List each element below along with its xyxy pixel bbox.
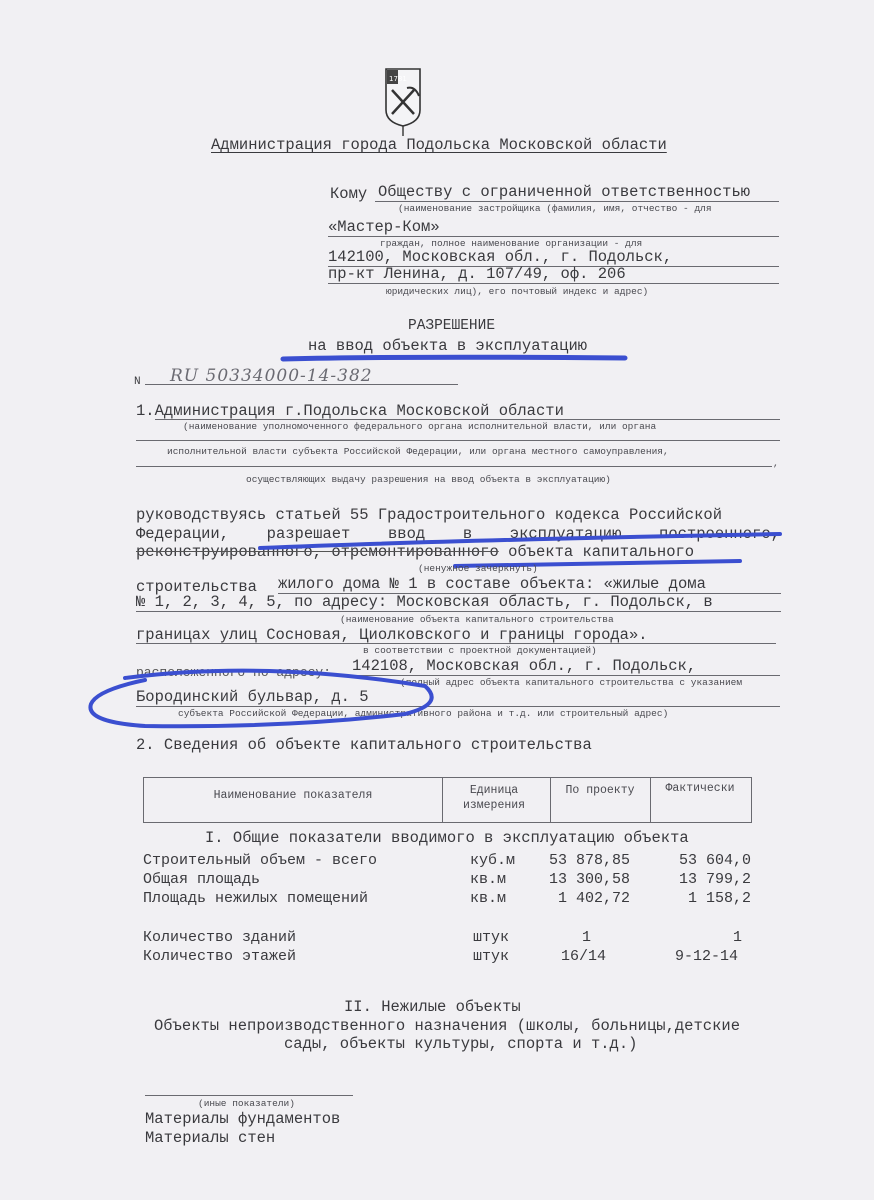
section1-para-line2: Федерации, разрешает ввод в эксплуатацию… (136, 525, 780, 543)
section1-caption2: исполнительной власти субъекта Российско… (167, 446, 669, 457)
row-unit: штук (473, 948, 509, 965)
address-caption1: (полный адрес объекта капитального строи… (400, 677, 742, 688)
table-row: Строительный объем - всего куб.м 53 878,… (143, 852, 763, 872)
row-name: Количество этажей (143, 948, 296, 965)
row-project: 16/14 (561, 948, 606, 965)
object-line1: жилого дома № 1 в составе объекта: «жилы… (278, 575, 706, 593)
permit-number-handwritten: RU 50334000-14-382 (170, 366, 373, 386)
row-unit: кв.м (470, 871, 506, 888)
other-indicators-caption: (иные показатели) (198, 1098, 295, 1109)
coat-of-arms-icon: 1781 (383, 66, 423, 138)
word: Федерации, (136, 525, 229, 543)
comma: , (773, 458, 779, 469)
row-unit: куб.м (470, 852, 515, 869)
row-actual: 9-12-14 (675, 948, 738, 965)
section1-caption1: (наименование уполномоченного федерально… (183, 421, 656, 432)
th-actual: Фактически (650, 781, 750, 796)
row-unit: штук (473, 929, 509, 946)
group2-sub2: сады, объекты культуры, спорта и т.д.) (284, 1035, 637, 1053)
row-name: Строительный объем - всего (143, 852, 377, 869)
row-project: 13 300,58 (549, 871, 630, 888)
addressee-line4: пр-кт Ленина, д. 107/49, оф. 206 (328, 265, 626, 283)
address-prefix: расположенного по адресу: (136, 665, 331, 680)
addressee-caption3: юридических лиц), его почтовый индекс и … (386, 286, 648, 297)
caption-strike: (ненужное зачеркнуть) (418, 563, 538, 574)
addressee-caption1: (наименование застройщика (фамилия, имя,… (398, 203, 712, 214)
table-row: Общая площадь кв.м 13 300,58 13 799,2 (143, 871, 763, 891)
section1-para-line1: руководствуясь статьей 55 Градостроитель… (136, 506, 722, 524)
section1-para-line3: реконструированного, отремонтированного … (136, 543, 694, 561)
object-line2: № 1, 2, 3, 4, 5, по адресу: Московская о… (136, 593, 713, 611)
materials-foundation: Материалы фундаментов (145, 1110, 340, 1128)
object-caption2: в соответствии с проектной документацией… (363, 645, 597, 656)
group1-title: I. Общие показатели вводимого в эксплуат… (205, 829, 689, 847)
table-row: Количество зданий штук 1 1 (143, 929, 763, 949)
row-project: 53 878,85 (549, 852, 630, 869)
object-line3: границах улиц Сосновая, Циолковского и г… (136, 626, 648, 644)
group2-sub1: Объекты непроизводственного назначения (… (154, 1017, 740, 1035)
row-unit: кв.м (470, 890, 506, 907)
permit-subtitle: на ввод объекта в эксплуатацию (308, 337, 587, 355)
row-actual: 1 (733, 929, 742, 946)
addressee-line2: «Мастер-Ком» (328, 218, 440, 236)
row-actual: 1 158,2 (688, 890, 751, 907)
word: эксплуатацию (510, 525, 622, 543)
table-row: Количество этажей штук 16/14 9-12-14 (143, 948, 763, 968)
th-project: По проекту (550, 783, 650, 798)
object-caption1: (наименование объекта капитального строи… (340, 614, 614, 625)
word: разрешает (267, 525, 351, 543)
row-name: Общая площадь (143, 871, 260, 888)
row-actual: 53 604,0 (679, 852, 751, 869)
section1-caption3: осуществляющих выдачу разрешения на ввод… (246, 474, 611, 485)
table-row: Площадь нежилых помещений кв.м 1 402,72 … (143, 890, 763, 910)
address-line2: Бородинский бульвар, д. 5 (136, 688, 369, 706)
permit-title: РАЗРЕШЕНИЕ (408, 318, 495, 334)
svg-text:1781: 1781 (389, 75, 407, 83)
word: в (463, 525, 472, 543)
addressee-label: Кому (330, 185, 367, 203)
th-name: Наименование показателя (144, 788, 442, 803)
addressee-line3: 142100, Московская обл., г. Подольск, (328, 248, 672, 266)
row-actual: 13 799,2 (679, 871, 751, 888)
issuer-title: Администрация города Подольска Московско… (211, 136, 667, 154)
indicators-table-header: Наименование показателя Единица измерени… (143, 777, 752, 823)
address-line1: 142108, Московская обл., г. Подольск, (352, 657, 696, 675)
row-name: Площадь нежилых помещений (143, 890, 368, 907)
row-project: 1 402,72 (558, 890, 630, 907)
group2-title: II. Нежилые объекты (344, 998, 521, 1016)
th-unit: Единица измерения (444, 783, 544, 813)
section2-title: 2. Сведения об объекте капитального стро… (136, 736, 592, 754)
row-name: Количество зданий (143, 929, 296, 946)
section1-authority: 1.Администрация г.Подольска Московской о… (136, 402, 564, 420)
permit-number-label: N (134, 376, 141, 388)
materials-walls: Материалы стен (145, 1129, 275, 1147)
para-line3-rest: объекта капитального (508, 543, 694, 561)
address-caption2: субъекта Российской Федерации, администр… (178, 708, 668, 719)
row-project: 1 (582, 929, 591, 946)
struck-options: реконструированного, отремонтированного (136, 543, 499, 561)
addressee-line1: Обществу с ограниченной ответственностью (378, 183, 750, 201)
word: ввод (388, 525, 425, 543)
word: построенного, (659, 525, 780, 543)
